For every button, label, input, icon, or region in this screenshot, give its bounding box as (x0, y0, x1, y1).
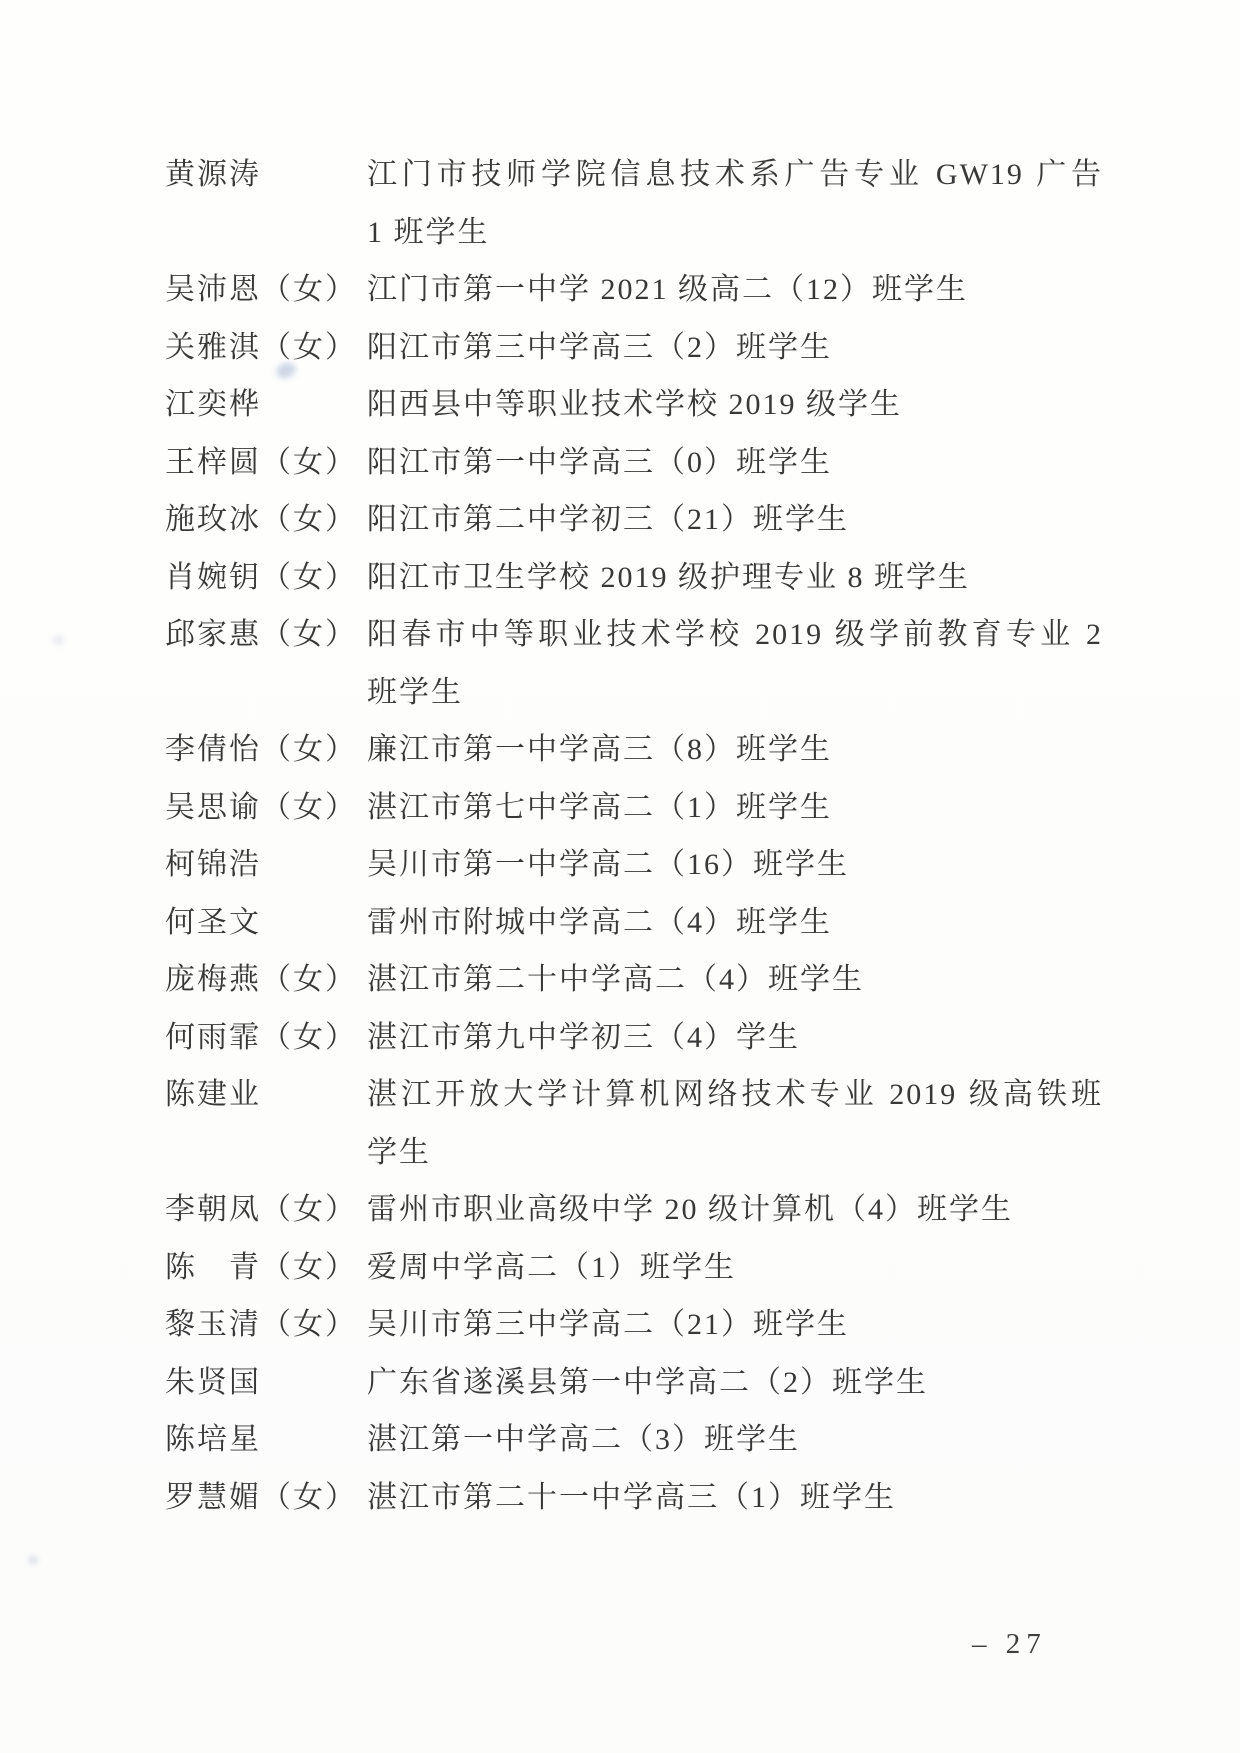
student-school-class: 广东省遂溪县第一中学高二（2）班学生 (367, 1354, 1103, 1412)
roster-row: 肖婉钥（女） 阳江市卫生学校 2019 级护理专业 8 班学生 (165, 549, 1103, 607)
school-class-line: 1 班学生 (367, 204, 1103, 262)
student-name: 施玫冰（女） (165, 491, 367, 549)
student-name: 何圣文 (165, 894, 367, 952)
school-class-line: 阳江市卫生学校 2019 级护理专业 8 班学生 (367, 549, 1103, 607)
student-name: 肖婉钥（女） (165, 549, 367, 607)
document-page: 黄源涛 江门市技师学院信息技术系广告专业 GW19 广告1 班学生 吴沛恩（女）… (0, 0, 1240, 1753)
roster-row: 柯锦浩 吴川市第一中学高二（16）班学生 (165, 836, 1103, 894)
school-class-line: 雷州市职业高级中学 20 级计算机（4）班学生 (367, 1181, 1103, 1239)
student-school-class: 雷州市职业高级中学 20 级计算机（4）班学生 (367, 1181, 1103, 1239)
student-name: 柯锦浩 (165, 836, 367, 894)
roster-row: 江奕桦 阳西县中等职业技术学校 2019 级学生 (165, 376, 1103, 434)
roster-row: 何圣文 雷州市附城中学高二（4）班学生 (165, 894, 1103, 952)
roster-row: 陈 青（女） 爱周中学高二（1）班学生 (165, 1239, 1103, 1297)
student-school-class: 吴川市第三中学高二（21）班学生 (367, 1296, 1103, 1354)
student-school-class: 湛江市第二十中学高二（4）班学生 (367, 951, 1103, 1009)
roster-row: 陈培星 湛江第一中学高二（3）班学生 (165, 1411, 1103, 1469)
student-school-class: 湛江市第九中学初三（4）学生 (367, 1009, 1103, 1067)
roster-row: 朱贤国 广东省遂溪县第一中学高二（2）班学生 (165, 1354, 1103, 1412)
student-school-class: 阳西县中等职业技术学校 2019 级学生 (367, 376, 1103, 434)
school-class-line: 阳春市中等职业技术学校 2019 级学前教育专业 2 (367, 606, 1103, 664)
student-school-class: 湛江第一中学高二（3）班学生 (367, 1411, 1103, 1469)
student-name: 罗慧媚（女） (165, 1469, 367, 1527)
student-name: 王梓圆（女） (165, 434, 367, 492)
student-name: 黎玉清（女） (165, 1296, 367, 1354)
student-name: 朱贤国 (165, 1354, 367, 1412)
school-class-line: 吴川市第三中学高二（21）班学生 (367, 1296, 1103, 1354)
roster-row: 施玫冰（女） 阳江市第二中学初三（21）班学生 (165, 491, 1103, 549)
student-school-class: 江门市第一中学 2021 级高二（12）班学生 (367, 261, 1103, 319)
school-class-line: 广东省遂溪县第一中学高二（2）班学生 (367, 1354, 1103, 1412)
school-class-line: 爱周中学高二（1）班学生 (367, 1239, 1103, 1297)
roster-row: 邱家惠（女） 阳春市中等职业技术学校 2019 级学前教育专业 2班学生 (165, 606, 1103, 721)
school-class-line: 湛江市第二十中学高二（4）班学生 (367, 951, 1103, 1009)
roster-row: 黄源涛 江门市技师学院信息技术系广告专业 GW19 广告1 班学生 (165, 146, 1103, 261)
student-name: 陈培星 (165, 1411, 367, 1469)
school-class-line: 吴川市第一中学高二（16）班学生 (367, 836, 1103, 894)
school-class-line: 廉江市第一中学高三（8）班学生 (367, 721, 1103, 779)
school-class-line: 阳江市第三中学高三（2）班学生 (367, 319, 1103, 377)
student-name: 关雅淇（女） (165, 319, 367, 377)
roster-row: 何雨霏（女） 湛江市第九中学初三（4）学生 (165, 1009, 1103, 1067)
student-name: 陈建业 (165, 1066, 367, 1124)
roster-row: 王梓圆（女） 阳江市第一中学高三（0）班学生 (165, 434, 1103, 492)
student-school-class: 湛江市第二十一中学高三（1）班学生 (367, 1469, 1103, 1527)
page-number: – 27 (972, 1628, 1047, 1661)
roster-row: 吴思谕（女） 湛江市第七中学高二（1）班学生 (165, 779, 1103, 837)
student-school-class: 江门市技师学院信息技术系广告专业 GW19 广告1 班学生 (367, 146, 1103, 261)
roster-row: 李倩怡（女） 廉江市第一中学高三（8）班学生 (165, 721, 1103, 779)
school-class-line: 班学生 (367, 664, 1103, 722)
school-class-line: 湛江开放大学计算机网络技术专业 2019 级高铁班 (367, 1066, 1103, 1124)
roster: 黄源涛 江门市技师学院信息技术系广告专业 GW19 广告1 班学生 吴沛恩（女）… (165, 146, 1103, 1526)
school-class-line: 雷州市附城中学高二（4）班学生 (367, 894, 1103, 952)
student-school-class: 阳春市中等职业技术学校 2019 级学前教育专业 2班学生 (367, 606, 1103, 721)
student-school-class: 爱周中学高二（1）班学生 (367, 1239, 1103, 1297)
student-name: 何雨霏（女） (165, 1009, 367, 1067)
roster-row: 关雅淇（女） 阳江市第三中学高三（2）班学生 (165, 319, 1103, 377)
student-school-class: 阳江市第三中学高三（2）班学生 (367, 319, 1103, 377)
student-name: 江奕桦 (165, 376, 367, 434)
roster-row: 罗慧媚（女） 湛江市第二十一中学高三（1）班学生 (165, 1469, 1103, 1527)
roster-row: 庞梅燕（女） 湛江市第二十中学高二（4）班学生 (165, 951, 1103, 1009)
student-name: 吴沛恩（女） (165, 261, 367, 319)
school-class-line: 湛江第一中学高二（3）班学生 (367, 1411, 1103, 1469)
student-school-class: 阳江市第二中学初三（21）班学生 (367, 491, 1103, 549)
student-name: 庞梅燕（女） (165, 951, 367, 1009)
student-name: 李朝凤（女） (165, 1181, 367, 1239)
student-name: 吴思谕（女） (165, 779, 367, 837)
student-school-class: 吴川市第一中学高二（16）班学生 (367, 836, 1103, 894)
roster-row: 黎玉清（女） 吴川市第三中学高二（21）班学生 (165, 1296, 1103, 1354)
school-class-line: 学生 (367, 1124, 1103, 1182)
student-school-class: 湛江开放大学计算机网络技术专业 2019 级高铁班学生 (367, 1066, 1103, 1181)
roster-row: 吴沛恩（女） 江门市第一中学 2021 级高二（12）班学生 (165, 261, 1103, 319)
school-class-line: 阳西县中等职业技术学校 2019 级学生 (367, 376, 1103, 434)
school-class-line: 江门市第一中学 2021 级高二（12）班学生 (367, 261, 1103, 319)
student-school-class: 阳江市第一中学高三（0）班学生 (367, 434, 1103, 492)
school-class-line: 阳江市第二中学初三（21）班学生 (367, 491, 1103, 549)
roster-row: 陈建业 湛江开放大学计算机网络技术专业 2019 级高铁班学生 (165, 1066, 1103, 1181)
student-school-class: 廉江市第一中学高三（8）班学生 (367, 721, 1103, 779)
school-class-line: 湛江市第二十一中学高三（1）班学生 (367, 1469, 1103, 1527)
student-name: 陈 青（女） (165, 1239, 367, 1297)
school-class-line: 湛江市第七中学高二（1）班学生 (367, 779, 1103, 837)
scan-smudge (28, 1556, 38, 1564)
student-name: 黄源涛 (165, 146, 367, 204)
student-name: 邱家惠（女） (165, 606, 367, 664)
school-class-line: 阳江市第一中学高三（0）班学生 (367, 434, 1103, 492)
school-class-line: 湛江市第九中学初三（4）学生 (367, 1009, 1103, 1067)
student-school-class: 雷州市附城中学高二（4）班学生 (367, 894, 1103, 952)
student-school-class: 湛江市第七中学高二（1）班学生 (367, 779, 1103, 837)
student-school-class: 阳江市卫生学校 2019 级护理专业 8 班学生 (367, 549, 1103, 607)
school-class-line: 江门市技师学院信息技术系广告专业 GW19 广告 (367, 146, 1103, 204)
scan-smudge (52, 636, 64, 645)
roster-row: 李朝凤（女） 雷州市职业高级中学 20 级计算机（4）班学生 (165, 1181, 1103, 1239)
student-name: 李倩怡（女） (165, 721, 367, 779)
